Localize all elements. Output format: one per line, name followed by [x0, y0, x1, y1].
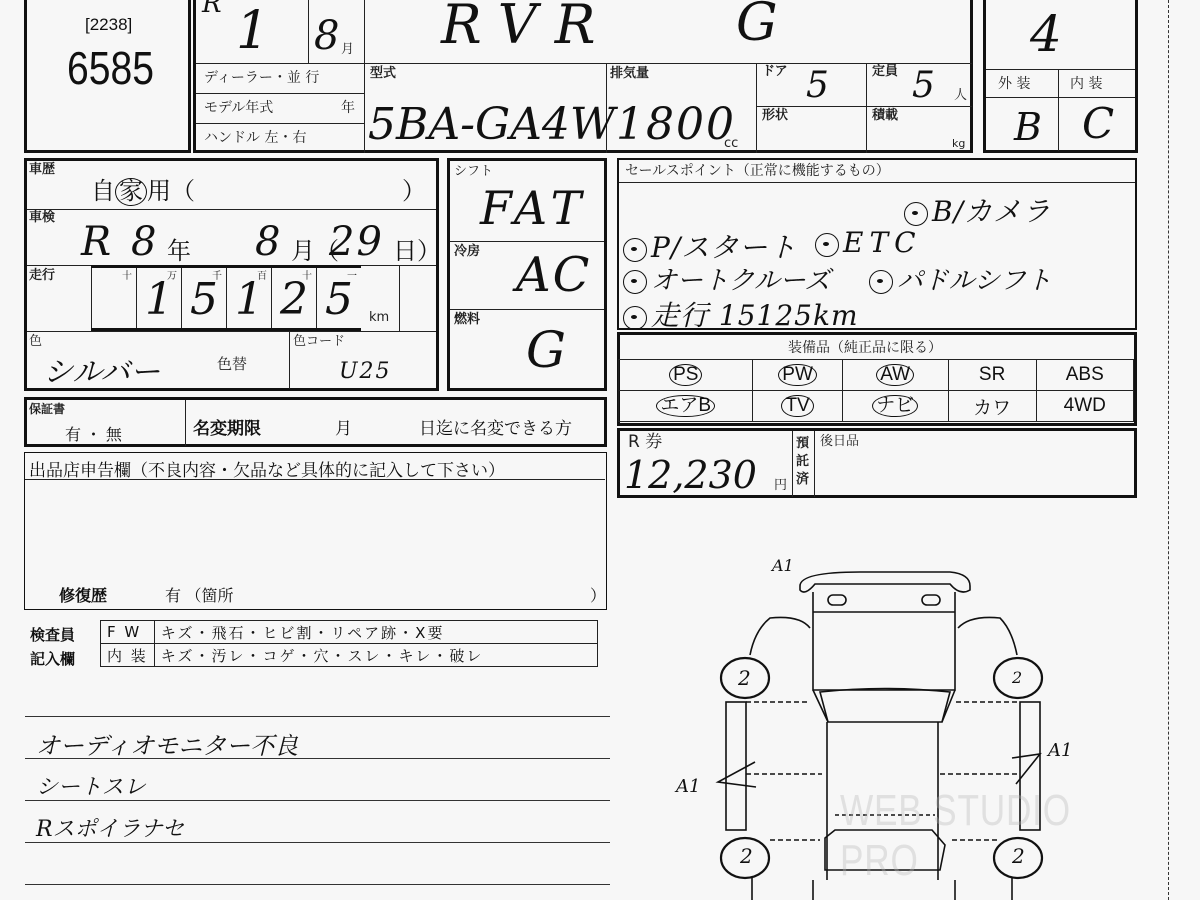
sales-point-item: オートクルーズ [623, 260, 830, 297]
inspector-note: シートスレ [36, 770, 146, 801]
inspector-label-bottom: 記入欄 [30, 648, 75, 669]
equipment-item: PS [619, 360, 753, 391]
capacity-label: 定員 [872, 65, 898, 79]
equipment-item: SR [948, 360, 1036, 391]
equipment-item: AW [842, 360, 948, 391]
repair-history-close: ） [590, 583, 606, 606]
vehicle-header-box: R 1 8 月 RVR G ディーラー・並 行 モデル年式 年 ハンドル 左・右… [193, 0, 973, 153]
lot-box: [2238] 6585 [24, 0, 191, 153]
damage-mark: A1 [676, 776, 700, 797]
mileage-unit: km [369, 311, 389, 325]
model-year-unit: 年 [341, 101, 355, 115]
equipment-row: エアBTVナビカワ4WD [619, 391, 1134, 422]
doors-value: 5 [806, 65, 831, 106]
overall-score: 4 [1030, 5, 1064, 63]
equipment-row: PSPWAWSRABS [619, 360, 1134, 391]
color-value: シルバー [43, 347, 160, 391]
odometer-digit-value: 1 [235, 274, 265, 325]
repair-history-value: 有 （箇所 [165, 583, 233, 606]
lot-number: 6585 [67, 41, 154, 95]
check-mark-icon [623, 270, 647, 294]
exterior-grade: B [1014, 105, 1044, 149]
displacement-value: 1800 [616, 99, 736, 150]
sales-point-item: パドルシフト [869, 260, 1052, 297]
dealer-label: ディーラー・並 行 [204, 71, 319, 85]
ac-label: 冷房 [454, 245, 480, 259]
odometer-place-label: 十 [122, 270, 132, 284]
name-change-note: 日迄に名変できる方 [419, 414, 572, 439]
equipment-item: ABS [1036, 360, 1133, 391]
color-code-label: 色コード [293, 335, 345, 349]
sales-point-item: ETC [815, 226, 922, 259]
watermark: WEB STUDIO PRO [840, 786, 1128, 886]
equipment-item: カワ [948, 391, 1036, 422]
usage-label: 車歴 [29, 163, 55, 177]
shift-label: シフト [454, 165, 493, 179]
sales-point-item: 走行 15125km [623, 294, 859, 334]
equipment-item: 4WD [1036, 391, 1133, 422]
usage-close: ） [402, 171, 426, 206]
name-change-label: 名変期限 [193, 414, 261, 439]
odometer-digit: 十2 [271, 268, 316, 328]
lot-prefix: [2238] [85, 15, 132, 35]
inspector-label-top: 検査員 [30, 624, 75, 645]
equipment-item: エアB [619, 391, 753, 422]
defect-legend-head: F W [101, 621, 155, 644]
deposit-label: 預託済 [796, 435, 810, 489]
defect-legend-row: F Wキズ・飛石・ヒビ割・リペア跡・X要 [101, 621, 598, 644]
damage-mark: A1 [1048, 740, 1072, 761]
equipment-label: 装備品（純正品に限る） [788, 341, 942, 355]
check-mark-icon [623, 238, 647, 262]
seller-notes-box: 出品店申告欄（不良内容・欠品など具体的に記入して下さい） 修復歴 有 （箇所 ） [24, 452, 607, 610]
inspector-note: オーディオモニター不良 [36, 726, 298, 761]
damage-mark: 2 [740, 844, 755, 868]
defect-legend-text: キズ・汚レ・コゲ・穴・スレ・キレ・破レ [154, 644, 597, 667]
odometer: 十万1千5百1十2一5 [91, 265, 361, 331]
recycle-label: R 券 [628, 435, 662, 449]
fuel-value: G [526, 321, 568, 379]
color-tone-label: 色替 [217, 357, 247, 371]
damage-mark: 2 [738, 666, 753, 690]
odometer-digit-value: 5 [190, 274, 220, 325]
inspection-label: 車検 [29, 211, 55, 225]
displacement-unit: cc [724, 137, 738, 151]
inspection-month: 8 [255, 219, 282, 265]
equipment-item: ナビ [842, 391, 948, 422]
usage-circled: 家 [115, 178, 147, 206]
warranty-options: 有 ・ 無 [65, 422, 122, 445]
doors-label: ドア [762, 65, 788, 79]
aftermarket-label: 後日品 [820, 435, 859, 449]
load-label: 積載 [872, 109, 898, 123]
inspection-day: 29 [329, 219, 384, 265]
inspection-year: 8 [131, 219, 158, 265]
name-change-month: 月 [335, 414, 352, 439]
score-box: 4 外 装 内 装 B C [983, 0, 1138, 153]
inspection-day-unit: 日） [393, 231, 441, 266]
shape-label: 形状 [762, 109, 788, 123]
exterior-label: 外 装 [998, 77, 1030, 91]
model-year-label: モデル年式 [204, 101, 273, 115]
capacity-value: 5 [912, 65, 937, 106]
mileage-label: 走行 [29, 269, 55, 283]
check-mark-icon [623, 306, 647, 330]
damage-mark: A1 [772, 556, 794, 575]
color-code: U25 [339, 359, 392, 384]
handle-label: ハンドル 左・右 [204, 131, 306, 145]
damage-mark: 2 [1012, 668, 1024, 687]
inspection-year-unit: 年 [167, 231, 191, 266]
odometer-digit: 千5 [181, 268, 226, 328]
ac-value: AC [516, 247, 591, 303]
usage-value: 自家用（ [91, 171, 195, 206]
check-mark-icon [904, 202, 928, 226]
odometer-digit-value: 2 [280, 274, 310, 325]
sales-point-item: B/カメラ [904, 190, 1051, 230]
inspector-note: Rスポイラナセ [36, 812, 184, 843]
sales-points-box: セールスポイント（正常に機能するもの） B/カメラ P/スタート ETC オート… [617, 158, 1137, 330]
recycle-unit: 円 [774, 479, 787, 493]
displacement-label: 排気量 [610, 67, 649, 81]
month-value: 8 [314, 13, 341, 59]
load-unit: kg [952, 137, 965, 151]
year-value: 1 [236, 1, 271, 61]
check-mark-icon [869, 270, 893, 294]
history-box: 車歴 自家用（ ） 車検 R 8 年 8 月（ 29 日） 走行 十万1千5百1… [24, 158, 439, 391]
seller-notes-label: 出品店申告欄（不良内容・欠品など具体的に記入して下さい） [29, 456, 505, 481]
odometer-digit-value: 5 [325, 274, 355, 325]
check-mark-icon [815, 233, 839, 257]
recycle-box: R 券 12,230 円 預託済 後日品 [617, 428, 1137, 498]
inspector-legend: 検査員 記入欄 F Wキズ・飛石・ヒビ割・リペア跡・X要内 装キズ・汚レ・コゲ・… [30, 620, 610, 676]
color-label: 色 [29, 335, 42, 349]
model-name: RVR [441, 0, 613, 56]
equipment-item: TV [753, 391, 842, 422]
equipment-item: PW [753, 360, 842, 391]
defect-legend-text: キズ・飛石・ヒビ割・リペア跡・X要 [154, 621, 597, 644]
defect-legend-table: F Wキズ・飛石・ヒビ割・リペア跡・X要内 装キズ・汚レ・コゲ・穴・スレ・キレ・… [100, 620, 598, 667]
interior-grade: C [1082, 99, 1116, 148]
equipment-table: PSPWAWSRABSエアBTVナビカワ4WD [618, 359, 1134, 422]
odometer-digit: 十 [91, 268, 136, 328]
year-era: R [202, 0, 224, 19]
month-unit: 月 [341, 43, 354, 57]
documents-box: 保証書 有 ・ 無 名変期限 月 日迄に名変できる方 [24, 397, 607, 447]
odometer-digit: 百1 [226, 268, 271, 328]
interior-label: 内 装 [1070, 77, 1102, 91]
sales-points-label: セールスポイント（正常に機能するもの） [625, 164, 890, 178]
capacity-unit: 人 [954, 89, 967, 103]
fuel-label: 燃料 [454, 313, 480, 327]
odometer-digit-value: 1 [145, 274, 175, 325]
drivetrain-box: シフト FAT 冷房 AC 燃料 G [447, 158, 607, 391]
chassis-code: 5BA-GA4W [368, 99, 615, 150]
odometer-digit: 一5 [316, 268, 361, 328]
odometer-digit: 万1 [136, 268, 181, 328]
scan-edge-line [1168, 0, 1169, 900]
repair-history-label: 修復歴 [59, 583, 107, 606]
equipment-box: 装備品（純正品に限る） PSPWAWSRABSエアBTVナビカワ4WD [617, 332, 1137, 426]
warranty-label: 保証書 [29, 402, 65, 416]
chassis-label: 型式 [370, 67, 396, 81]
inspection-era: R [81, 219, 113, 265]
defect-legend-row: 内 装キズ・汚レ・コゲ・穴・スレ・キレ・破レ [101, 644, 598, 667]
defect-legend-head: 内 装 [101, 644, 155, 667]
recycle-amount: 12,230 [624, 453, 757, 497]
grade-name: G [736, 0, 780, 53]
shift-value: FAT [480, 181, 587, 235]
